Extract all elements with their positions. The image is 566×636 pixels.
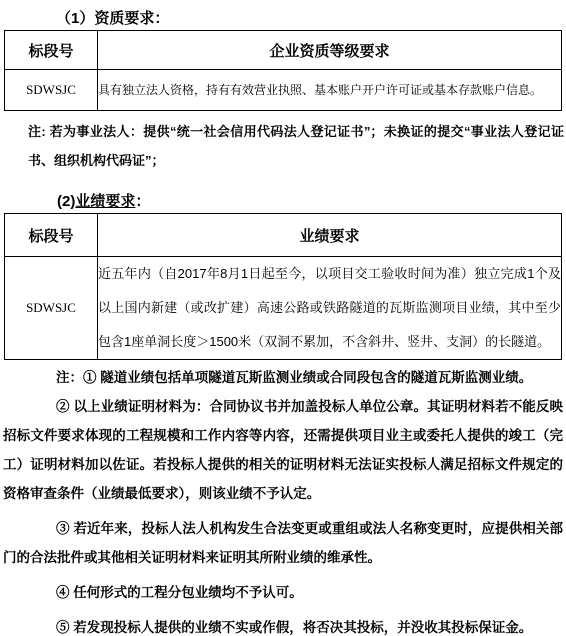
section2-title-prefix: (2) — [57, 193, 75, 210]
section1-note: 注: 若为事业法人：提供“统一社会信用代码法人登记证书”；未换证的提交“事业法人… — [28, 117, 564, 175]
section2-title-colon: ： — [135, 193, 150, 210]
performance-header-bid: 标段号 — [5, 214, 98, 257]
section2-note-4: ④ 任何形式的工程分包业绩均不予认可。 — [3, 578, 563, 607]
qualification-bid-cell: SDWSJC — [5, 70, 98, 111]
qualification-table: 标段号 企业资质等级要求 SDWSJC 具有独立法人资格，持有有效营业执照、基本… — [4, 30, 562, 111]
performance-header-req: 业绩要求 — [98, 214, 562, 257]
section2-note-3: ③ 若近年来，投标人法人机构发生合法变更或重组或法人名称变更时，应提供相关部门的… — [3, 514, 563, 572]
qualification-header-bid: 标段号 — [5, 31, 98, 70]
performance-bid-cell: SDWSJC — [5, 257, 98, 360]
section2-title: (2)业绩要求： — [57, 191, 566, 213]
section1-title: （1）资质要求： — [56, 8, 566, 30]
performance-table-row: SDWSJC 近五年内（自2017年8月1日起至今，以项目交工验收时间为准）独立… — [5, 257, 562, 360]
section2-note-5: ⑤ 若发现投标人提供的业绩不实或作假，将否决其投标，并没收其投标保证金。 — [3, 613, 563, 636]
performance-table-header-row: 标段号 业绩要求 — [5, 214, 562, 257]
document-page: （1）资质要求： 标段号 企业资质等级要求 SDWSJC 具有独立法人资格，持有… — [0, 0, 566, 636]
section2-title-underlined: 业绩要求 — [75, 193, 135, 210]
qualification-req-cell: 具有独立法人资格，持有有效营业执照、基本账户开户许可证或基本存款账户信息。 — [98, 70, 562, 111]
qualification-table-header-row: 标段号 企业资质等级要求 — [5, 31, 562, 70]
performance-req-cell: 近五年内（自2017年8月1日起至今，以项目交工验收时间为准）独立完成1个及以上… — [98, 257, 562, 360]
section2-note-2: ② 以上业绩证明材料为：合同协议书并加盖投标人单位公章。其证明材料若不能反映招标… — [3, 392, 563, 508]
qualification-header-req: 企业资质等级要求 — [98, 31, 562, 70]
section2-note-1: 注：① 隧道业绩包括单项隧道瓦斯监测业绩或合同段包含的隧道瓦斯监测业绩。 — [3, 363, 563, 392]
qualification-table-row: SDWSJC 具有独立法人资格，持有有效营业执照、基本账户开户许可证或基本存款账… — [5, 70, 562, 111]
performance-table: 标段号 业绩要求 SDWSJC 近五年内（自2017年8月1日起至今，以项目交工… — [4, 213, 562, 360]
